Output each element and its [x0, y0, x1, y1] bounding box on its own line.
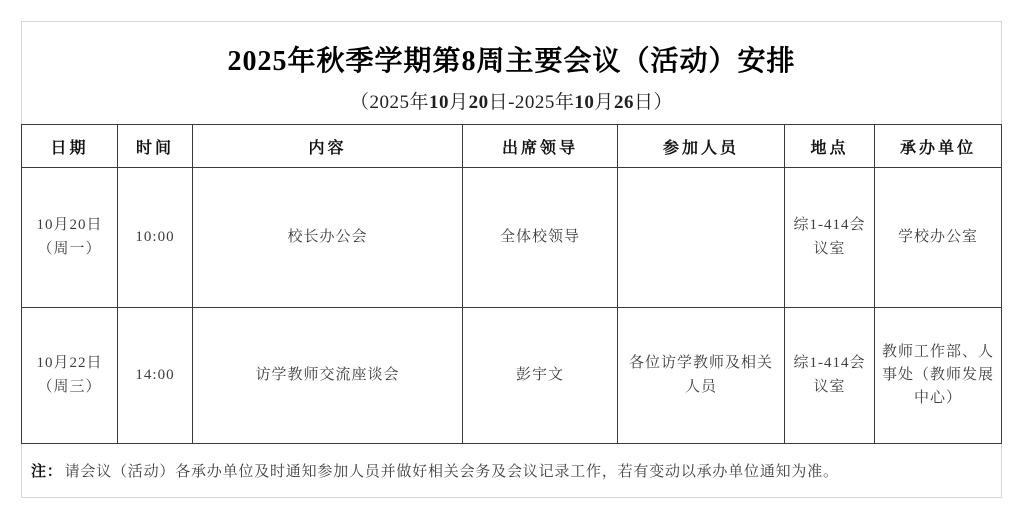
schedule-sheet: 2025年秋季学期第8周主要会议（活动）安排 （2025年10月20日-2025…	[21, 21, 1002, 498]
table-header-row: 日期 时间 内容 出席领导 参加人员 地点 承办单位	[22, 125, 1002, 168]
subtitle-segment: 2025	[515, 92, 555, 113]
cell-leader: 彭宇文	[463, 308, 618, 444]
cell-location: 综1-414会议室	[785, 308, 875, 444]
schedule-table: 日期 时间 内容 出席领导 参加人员 地点 承办单位 10月20日（周一） 10…	[21, 124, 1002, 444]
table-row: 10月22日（周三） 14:00 访学教师交流座谈会 彭宇文 各位访学教师及相关…	[22, 308, 1002, 444]
subtitle-segment: 日	[634, 92, 654, 113]
cell-organizer: 学校办公室	[875, 168, 1002, 308]
cell-content: 访学教师交流座谈会	[193, 308, 463, 444]
subtitle-segment: 10	[429, 92, 449, 113]
cell-content: 校长办公会	[193, 168, 463, 308]
subtitle-segment: 26	[614, 92, 634, 113]
cell-date: 10月22日（周三）	[22, 308, 118, 444]
header-location: 地点	[785, 125, 875, 168]
subtitle-segment: -	[508, 92, 515, 113]
cell-participants	[618, 168, 785, 308]
header-organizer: 承办单位	[875, 125, 1002, 168]
footnote-label: 注：	[31, 460, 63, 481]
cell-location: 综1-414会议室	[785, 168, 875, 308]
subtitle-segment: ）	[653, 92, 673, 113]
subtitle-segment: 年	[410, 92, 430, 113]
cell-participants: 各位访学教师及相关人员	[618, 308, 785, 444]
cell-organizer: 教师工作部、人事处（教师发展中心）	[875, 308, 1002, 444]
cell-date: 10月20日（周一）	[22, 168, 118, 308]
cell-leader: 全体校领导	[463, 168, 618, 308]
header-time: 时间	[118, 125, 193, 168]
subtitle-segment: （	[350, 92, 370, 113]
page-subtitle: （2025年10月20日-2025年10月26日）	[22, 87, 1001, 114]
cell-time: 10:00	[118, 168, 193, 308]
header-content: 内容	[193, 125, 463, 168]
subtitle-segment: 月	[449, 92, 469, 113]
subtitle-segment: 日	[489, 92, 509, 113]
subtitle-segment: 年	[555, 92, 575, 113]
page: { "page": { "title": "2025年秋季学期第8周主要会议（活…	[0, 0, 1024, 521]
cell-time: 14:00	[118, 308, 193, 444]
footnote-text: 请会议（活动）各承办单位及时通知参加人员并做好相关会务及会议记录工作，若有变动以…	[65, 460, 839, 481]
subtitle-segment: 20	[469, 92, 489, 113]
subtitle-segment: 2025	[370, 92, 410, 113]
subtitle-segment: 月	[594, 92, 614, 113]
header-leader: 出席领导	[463, 125, 618, 168]
header-participants: 参加人员	[618, 125, 785, 168]
footnote: 注： 请会议（活动）各承办单位及时通知参加人员并做好相关会务及会议记录工作，若有…	[31, 444, 995, 497]
table-row: 10月20日（周一） 10:00 校长办公会 全体校领导 综1-414会议室 学…	[22, 168, 1002, 308]
subtitle-segment: 10	[574, 92, 594, 113]
header-date: 日期	[22, 125, 118, 168]
page-title: 2025年秋季学期第8周主要会议（活动）安排	[22, 39, 1001, 79]
